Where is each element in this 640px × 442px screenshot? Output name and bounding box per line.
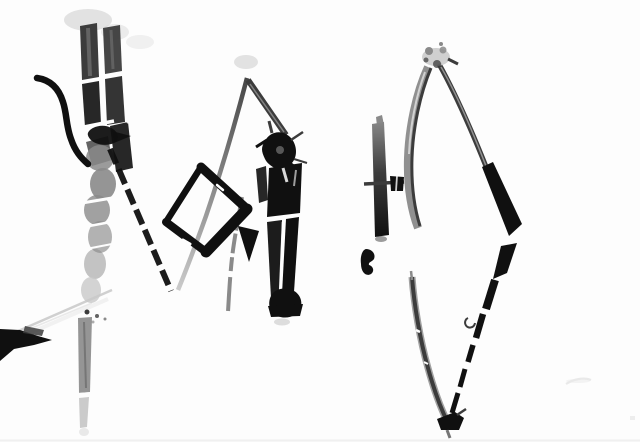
- debris-wedge: [0, 329, 52, 361]
- stub-body: [372, 122, 389, 237]
- knot-cluster: [248, 80, 307, 173]
- bow-right-limb-thick-end: [482, 162, 522, 236]
- monochrome-reed-photo: [0, 0, 640, 442]
- bow-arc: [408, 42, 522, 236]
- diamond-frame: [166, 167, 259, 262]
- left-stalk-lower: [82, 81, 101, 127]
- reflection-left-limb: [412, 277, 448, 423]
- diamond-edge-top-right: [201, 167, 247, 209]
- right-reed-stub: [364, 115, 404, 242]
- dark-blade-reflection: [256, 163, 303, 318]
- blade-right-bar: [282, 217, 299, 294]
- reflection-curl: [465, 318, 475, 328]
- bow-right-limb: [439, 64, 487, 169]
- hooked-twig: [37, 78, 88, 164]
- right-stalk-lower: [105, 76, 125, 125]
- diamond-pendant: [238, 226, 259, 262]
- shore-debris: [0, 310, 107, 437]
- diamond-edge-top-left: [166, 167, 201, 222]
- small-dark-blob: [361, 249, 375, 275]
- reflection-right-thick: [493, 243, 517, 279]
- photo-canvas: [0, 0, 640, 442]
- bow-arc-reflection: [411, 243, 517, 438]
